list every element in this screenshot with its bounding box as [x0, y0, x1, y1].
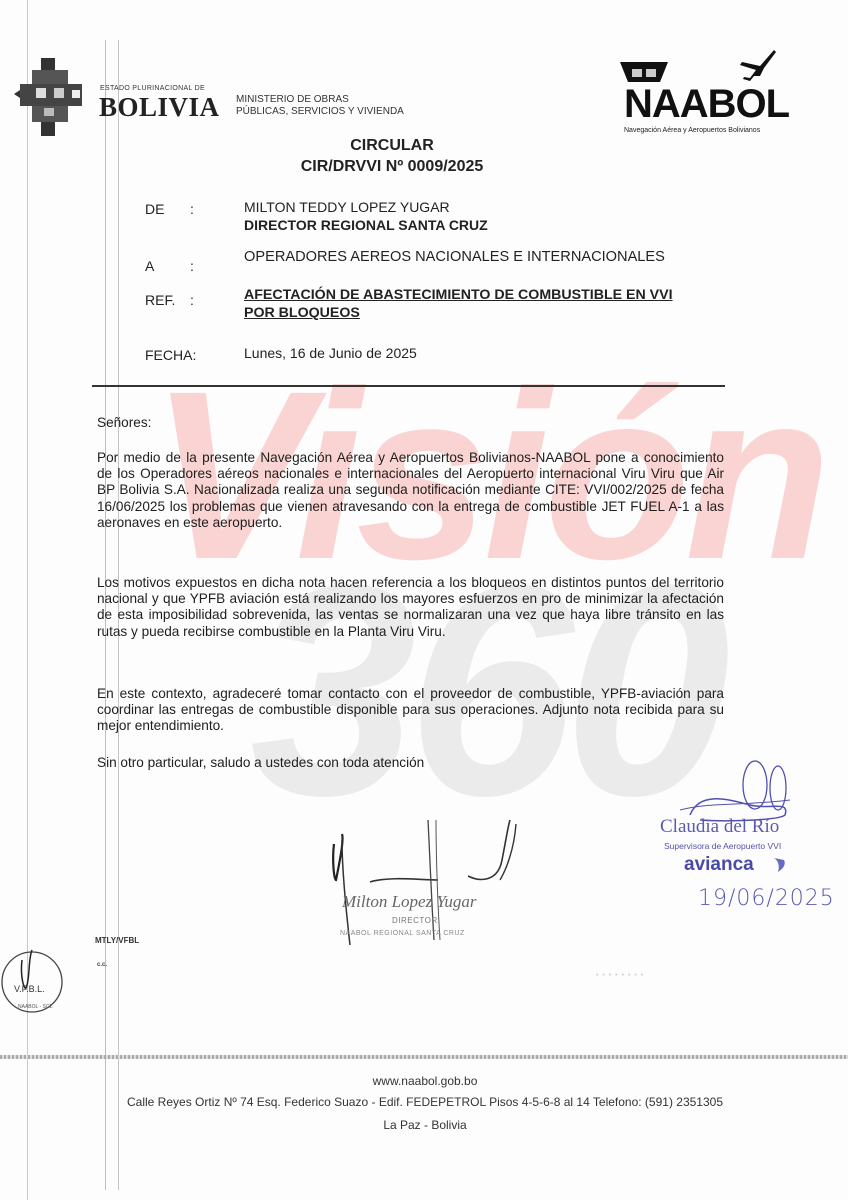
naabol-logo: NAABOL Navegación Aérea y Aeropuertos Bo…: [616, 48, 816, 138]
naabol-wordmark: NAABOL: [624, 82, 789, 127]
de-label: DE: [145, 201, 164, 217]
ministry-line-2: PÚBLICAS, SERVICIOS Y VIVIENDA: [236, 106, 404, 118]
reference-line-2: POR BLOQUEOS: [244, 305, 360, 321]
svg-text:V.F.B.L.: V.F.B.L.: [14, 984, 45, 994]
ministry-line-1: MINISTERIO DE OBRAS: [236, 94, 404, 106]
svg-text:NAABOL - SCZ: NAABOL - SCZ: [18, 1004, 53, 1010]
airplane-icon: [734, 48, 778, 82]
receipt-date: 19/06/2025: [698, 886, 835, 911]
signature-name: Milton Lopez Yugar: [342, 892, 476, 912]
state-label: ESTADO PLURINACIONAL DE: [100, 85, 205, 92]
a-label: A: [145, 258, 154, 274]
airline-brand: avianca: [684, 854, 754, 876]
footer-divider: [0, 1055, 848, 1059]
a-colon: :: [190, 258, 194, 274]
de-colon: :: [190, 201, 194, 217]
faint-stamp-residue: • • • • • • • •: [596, 972, 644, 979]
footer-address: Calle Reyes Ortiz Nº 74 Esq. Federico Su…: [90, 1095, 760, 1109]
receipt-stamp: Claudia del Río Supervisora de Aeropuert…: [650, 760, 840, 925]
sender-name: MILTON TEDDY LOPEZ YUGAR: [244, 199, 450, 215]
round-seal-icon: V.F.B.L. NAABOL - SCZ: [0, 940, 67, 1015]
document-type: CIRCULAR: [0, 137, 816, 155]
date-value: Lunes, 16 de Junio de 2025: [244, 345, 417, 361]
scan-line: [27, 0, 28, 1200]
director-signature: Milton Lopez Yugar DIRECTOR NAABOL REGIO…: [320, 820, 540, 950]
document-page: Visión 360 ESTADO PLURINACIONAL DE BOLIV…: [0, 0, 848, 1200]
recipient: OPERADORES AEREOS NACIONALES E INTERNACI…: [244, 249, 665, 265]
closing: Sin otro particular, saludo a ustedes co…: [97, 755, 724, 771]
control-tower-icon: [620, 60, 668, 84]
coat-of-arms-icon: [14, 58, 88, 138]
sender-title: DIRECTOR REGIONAL SANTA CRUZ: [244, 217, 488, 233]
receiver-role: Supervisora de Aeropuerto VVI: [664, 841, 781, 851]
divider: [92, 385, 725, 387]
salutation: Señores:: [97, 415, 724, 431]
paragraph-1: Por medio de la presente Navegación Aére…: [97, 450, 724, 531]
signature-role: DIRECTOR: [392, 916, 438, 925]
ref-label: REF.: [145, 292, 175, 308]
document-number: CIR/DRVVI Nº 0009/2025: [0, 158, 816, 176]
paragraph-3: En este contexto, agradeceré tomar conta…: [97, 686, 724, 735]
receiver-name: Claudia del Río: [660, 816, 779, 838]
carbon-copy: c.c.: [97, 962, 107, 968]
signature-office: NAABOL REGIONAL SANTA CRUZ: [340, 930, 465, 937]
footer-website: www.naabol.gob.bo: [90, 1074, 760, 1088]
paragraph-2: Los motivos expuestos en dicha nota hace…: [97, 575, 724, 640]
ref-colon: :: [190, 292, 194, 308]
fecha-label: FECHA:: [145, 347, 196, 363]
ministry-name: MINISTERIO DE OBRAS PÚBLICAS, SERVICIOS …: [236, 94, 404, 118]
footer-city: La Paz - Bolivia: [90, 1118, 760, 1132]
initials: MTLY/VFBL: [95, 936, 139, 945]
naabol-subtitle: Navegación Aérea y Aeropuertos Boliviano…: [624, 127, 760, 134]
reference-line-1: AFECTACIÓN DE ABASTECIMIENTO DE COMBUSTI…: [244, 287, 673, 303]
country-logo-text: BOLIVIA: [99, 92, 220, 123]
bird-logo-icon: [770, 856, 788, 874]
